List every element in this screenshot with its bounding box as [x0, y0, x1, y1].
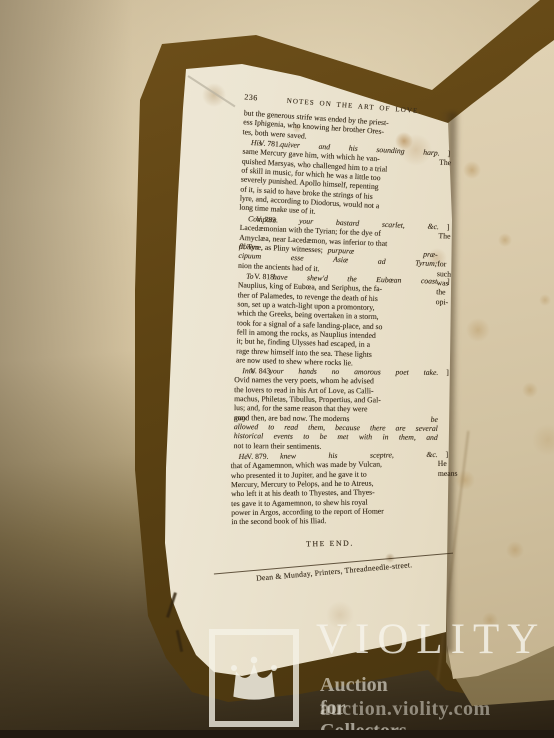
watermark-brand: VIOLITY [316, 616, 546, 663]
photo-bottom-edge [0, 730, 554, 738]
text-line: in the second book of his Iliad. [231, 516, 438, 528]
book-auction-photo: 236 NOTES ON THE ART OF LOVE. but the ge… [0, 0, 554, 738]
the-end-label: THE END. [230, 537, 430, 550]
paragraph: V. 781. His quiver and his sounding harp… [239, 138, 440, 224]
paragraph: V. 879. He knew his sceptre, &c.] He mea… [231, 450, 439, 527]
crown-icon [209, 629, 299, 727]
page-text-block: 236 NOTES ON THE ART OF LOVE. but the ge… [230, 100, 438, 577]
paragraph: V. 783. Compare your bastard scarlet, &c… [238, 214, 439, 278]
paragraphs: but the generous strife was ended by the… [230, 115, 438, 526]
paragraph: V. 818. To have shew'd the Eubœan coast.… [236, 271, 439, 370]
watermark-url: auction.violity.com [320, 698, 491, 721]
paragraph: V. 843. Into your hands no amorous poet … [234, 366, 439, 452]
page-number: 236 [244, 92, 279, 104]
